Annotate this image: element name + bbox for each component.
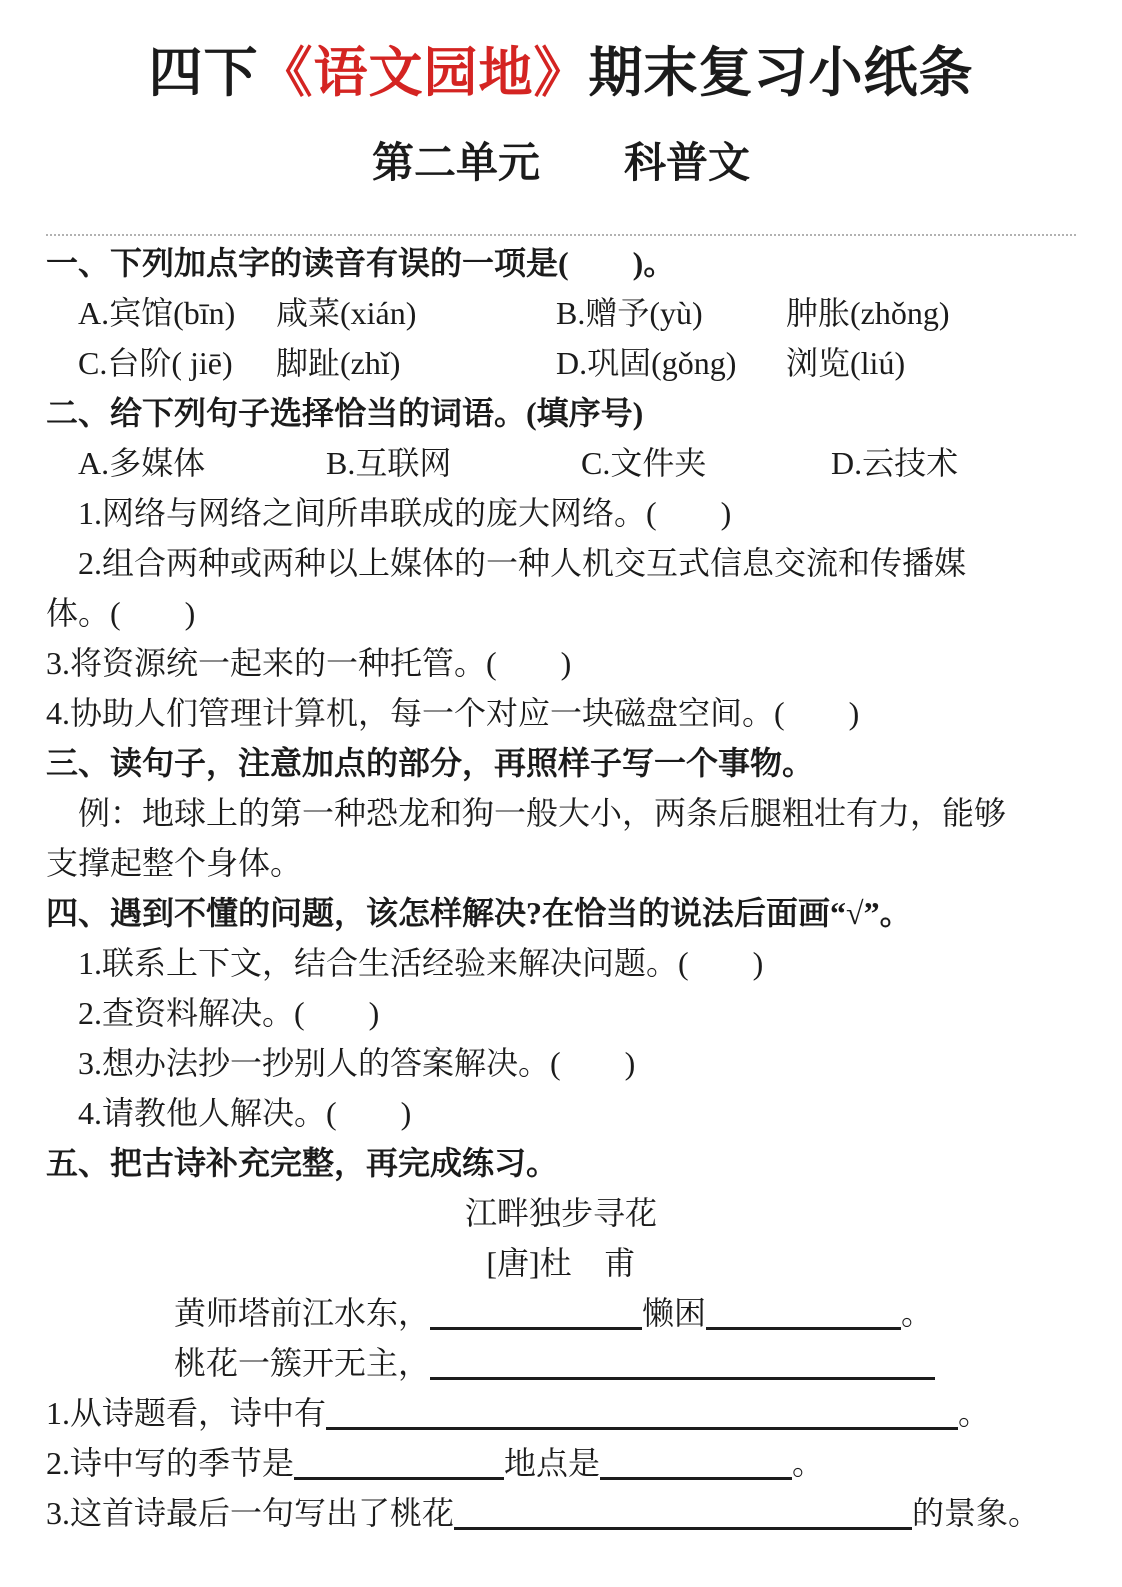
poem-title: 江畔独步寻花 xyxy=(46,1188,1076,1238)
worksheet-page: 四下《语文园地》期末复习小纸条 第二单元 科普文 一、下列加点字的读音有误的一项… xyxy=(0,0,1122,1587)
fill-in-blank xyxy=(454,1521,912,1530)
fill-in-blank xyxy=(706,1321,901,1330)
q2-item-3: 3.将资源统一起来的一种托管。( ) xyxy=(46,638,1076,688)
q2-header: 二、给下列句子选择恰当的词语。(填序号) xyxy=(46,388,1076,438)
fill-in-blank xyxy=(430,1321,642,1330)
title-prefix: 四下 xyxy=(149,43,259,103)
q3-header: 三、读句子，注意加点的部分，再照样子写一个事物。 xyxy=(46,738,1076,788)
poem-line-1-mid-text: 懒困 xyxy=(642,1295,706,1331)
q2-item-1: 1.网络与网络之间所串联成的庞大网络。( ) xyxy=(46,488,1076,538)
q1-header: 一、下列加点字的读音有误的一项是( )。 xyxy=(46,238,1076,288)
q1-option-d-word2: 浏览(liú) xyxy=(786,338,1076,388)
q2-word-options-row: A.多媒体 B.互联网 C.文件夹 D.云技术 xyxy=(46,438,1076,488)
title-suffix: 期末复习小纸条 xyxy=(589,43,974,103)
q1-option-d-word1: D.巩固(gǒng) xyxy=(556,338,786,388)
q2-option-b: B.互联网 xyxy=(326,438,581,488)
q2-item-2-line-2: 体。( ) xyxy=(46,588,1076,638)
q5-item-3-text: 3.这首诗最后一句写出了桃花 xyxy=(46,1495,454,1531)
worksheet-body: 一、下列加点字的读音有误的一项是( )。 A.宾馆(bīn) 咸菜(xián) … xyxy=(46,238,1076,1538)
q5-item-2: 2.诗中写的季节是地点是。 xyxy=(46,1438,1076,1488)
q5-item-1-period: 。 xyxy=(958,1395,990,1431)
q1-option-c-word2: 脚趾(zhǐ) xyxy=(276,338,556,388)
q4-item-4: 4.请教他人解决。( ) xyxy=(46,1088,1076,1138)
q1-option-a-word2: 咸菜(xián) xyxy=(276,288,556,338)
q5-item-3-end-text: 的景象。 xyxy=(912,1495,1040,1531)
fill-in-blank xyxy=(430,1371,935,1380)
q5-item-1-text: 1.从诗题看，诗中有 xyxy=(46,1395,326,1431)
q2-item-4: 4.协助人们管理计算机，每一个对应一块磁盘空间。( ) xyxy=(46,688,1076,738)
poem-line-2-text: 桃花一簇开无主， xyxy=(174,1345,430,1381)
q1-options-row-2: C.台阶( jiē) 脚趾(zhǐ) D.巩固(gǒng) 浏览(liú) xyxy=(46,338,1076,388)
page-title: 四下《语文园地》期末复习小纸条 xyxy=(46,40,1076,108)
poem-line-1: 黄师塔前江水东，懒困。 xyxy=(46,1288,1076,1338)
fill-in-blank xyxy=(326,1421,958,1430)
poem-line-1-text: 黄师塔前江水东， xyxy=(174,1295,430,1331)
q2-option-c: C.文件夹 xyxy=(581,438,831,488)
divider-line xyxy=(46,234,1076,236)
title-book-name-red: 《语文园地》 xyxy=(259,43,589,103)
q2-option-d: D.云技术 xyxy=(831,438,1076,488)
q1-options-row-1: A.宾馆(bīn) 咸菜(xián) B.赠予(yù) 肿胀(zhǒng) xyxy=(46,288,1076,338)
q5-item-2-mid-text: 地点是 xyxy=(504,1445,600,1481)
q4-item-1: 1.联系上下文，结合生活经验来解决问题。( ) xyxy=(46,938,1076,988)
q5-header: 五、把古诗补充完整，再完成练习。 xyxy=(46,1138,1076,1188)
fill-in-blank xyxy=(294,1471,504,1480)
q4-header: 四、遇到不懂的问题，该怎样解决?在恰当的说法后面画“√”。 xyxy=(46,888,1076,938)
q4-item-3: 3.想办法抄一抄别人的答案解决。( ) xyxy=(46,1038,1076,1088)
q1-option-b-word1: B.赠予(yù) xyxy=(556,288,786,338)
q3-example-line-2: 支撑起整个身体。 xyxy=(46,838,1076,888)
q3-example-line-1: 例：地球上的第一种恐龙和狗一般大小，两条后腿粗壮有力，能够 xyxy=(46,788,1076,838)
q2-option-a: A.多媒体 xyxy=(78,438,326,488)
q1-option-b-word2: 肿胀(zhǒng) xyxy=(786,288,1076,338)
q4-item-2: 2.查资料解决。( ) xyxy=(46,988,1076,1038)
q5-item-2-text: 2.诗中写的季节是 xyxy=(46,1445,294,1481)
q2-item-2-line-1: 2.组合两种或两种以上媒体的一种人机交互式信息交流和传播媒 xyxy=(46,538,1076,588)
poem-line-2: 桃花一簇开无主， xyxy=(46,1338,1076,1388)
fill-in-blank xyxy=(600,1471,792,1480)
q1-option-c-word1: C.台阶( jiē) xyxy=(78,338,276,388)
unit-subtitle: 第二单元 科普文 xyxy=(46,130,1076,190)
poem-author: [唐]杜 甫 xyxy=(46,1238,1076,1288)
q5-item-3: 3.这首诗最后一句写出了桃花的景象。 xyxy=(46,1488,1076,1538)
q1-option-a-word1: A.宾馆(bīn) xyxy=(78,288,276,338)
poem-line-1-period: 。 xyxy=(901,1295,933,1331)
q5-item-1: 1.从诗题看，诗中有。 xyxy=(46,1388,1076,1438)
q5-item-2-period: 。 xyxy=(792,1445,824,1481)
